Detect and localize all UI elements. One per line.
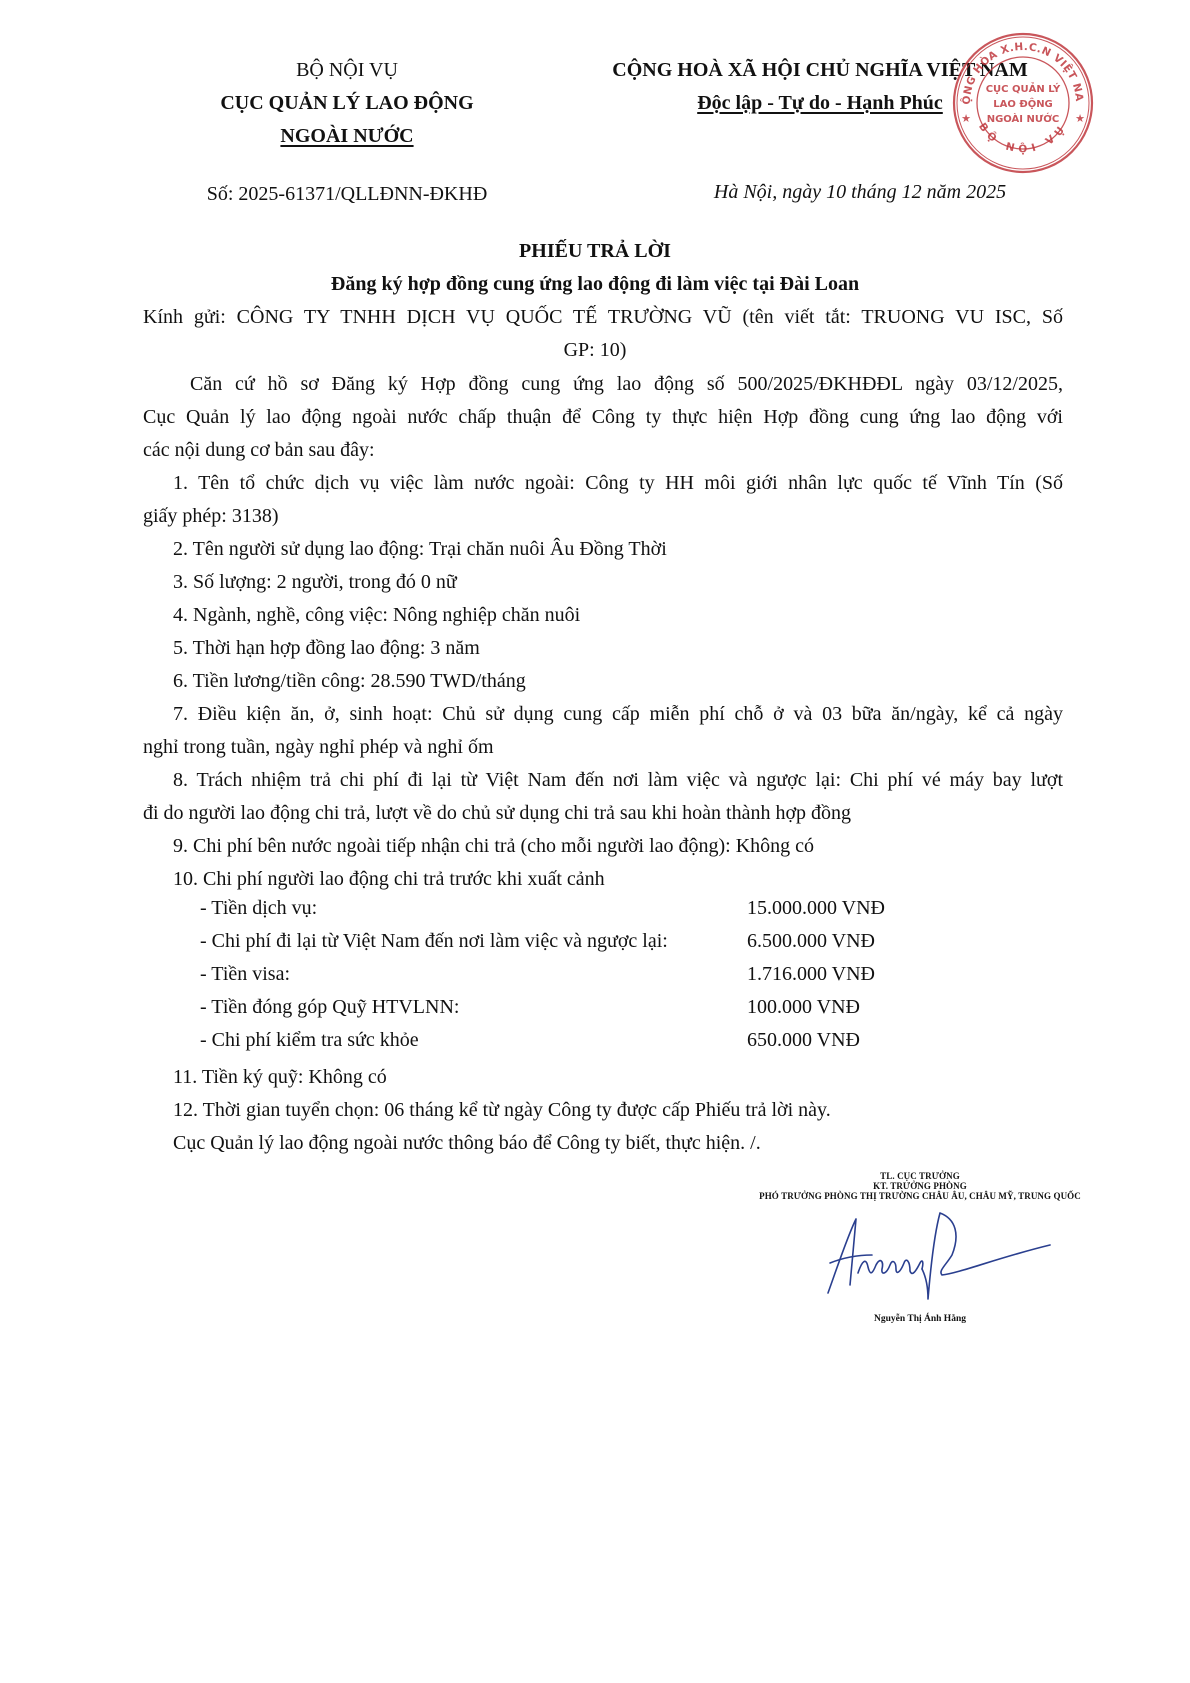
intro-line1: Căn cứ hồ sơ Đăng ký Hợp đồng cung ứng l… <box>190 372 1063 396</box>
item-8-line2: đi do người lao động chi trả, lượt về do… <box>143 801 851 825</box>
ministry-name: BỘ NỘI VỤ <box>296 58 398 82</box>
cost-value: 100.000 VNĐ <box>747 995 860 1019</box>
item-11: 11. Tiền ký quỹ: Không có <box>173 1065 387 1089</box>
item-7-line1: 7. Điều kiện ăn, ở, sinh hoạt: Chủ sử dụ… <box>173 702 1063 726</box>
cost-label: - Tiền dịch vụ: <box>200 896 317 920</box>
item-2: 2. Tên người sử dụng lao động: Trại chăn… <box>173 537 667 561</box>
national-motto: Độc lập - Tự do - Hạnh Phúc <box>697 91 943 115</box>
cost-value: 6.500.000 VNĐ <box>747 929 875 953</box>
recipient-line2: GP: 10) <box>564 338 627 362</box>
stamp-inner-line1: CỤC QUẢN LÝ <box>986 81 1061 95</box>
handwritten-signature <box>810 1205 1060 1305</box>
item-12: 12. Thời gian tuyển chọn: 06 tháng kể từ… <box>173 1098 831 1122</box>
department-name-line2: NGOÀI NƯỚC <box>280 124 413 148</box>
stamp-bottom-text: BỘ NỘI VỤ <box>976 121 1070 156</box>
document-subtitle: Đăng ký hợp đồng cung ứng lao động đi là… <box>331 273 859 296</box>
cost-label: - Tiền đóng góp Quỹ HTVLNN: <box>200 995 459 1019</box>
signer-name: Nguyễn Thị Ánh Hằng <box>874 1314 966 1324</box>
signature-authority-line2: KT. TRƯỞNG PHÒNG <box>873 1181 967 1191</box>
stamp-inner-line3: NGOÀI NƯỚC <box>987 112 1060 125</box>
item-1-line1: 1. Tên tổ chức dịch vụ việc làm nước ngo… <box>173 471 1063 495</box>
intro-line3: các nội dung cơ bản sau đây: <box>143 438 375 462</box>
stamp-inner-line2: LAO ĐỘNG <box>993 97 1053 110</box>
item-4: 4. Ngành, nghề, công việc: Nông nghiệp c… <box>173 603 580 627</box>
cost-label: - Chi phí kiểm tra sức khỏe <box>200 1028 419 1052</box>
stamp-star-icon: ★ <box>961 112 971 125</box>
intro-line2: Cục Quản lý lao động ngoài nước chấp thu… <box>143 405 1063 429</box>
document-title: PHIẾU TRẢ LỜI <box>519 240 671 263</box>
signature-authority-line1: TL. CỤC TRƯỞNG <box>880 1171 960 1181</box>
item-1-line2: giấy phép: 3138) <box>143 504 279 528</box>
svg-text:BỘ NỘI VỤ: BỘ NỘI VỤ <box>976 121 1070 156</box>
place-date: Hà Nội, ngày 10 tháng 12 năm 2025 <box>714 180 1006 204</box>
signature-authority-line3: PHÓ TRƯỞNG PHÒNG THỊ TRƯỜNG CHÂU ÂU, CHÂ… <box>759 1191 1081 1201</box>
official-seal-stamp: CỘNG HÒA X.H.C.N VIỆT NAM BỘ NỘI VỤ CỤC … <box>952 32 1094 174</box>
item-10: 10. Chi phí người lao động chi trả trước… <box>173 867 605 891</box>
item-8-line1: 8. Trách nhiệm trả chi phí đi lại từ Việ… <box>173 768 1063 792</box>
document-number: Số: 2025-61371/QLLĐNN-ĐKHĐ <box>207 182 488 206</box>
cost-label: - Tiền visa: <box>200 962 290 986</box>
stamp-star-icon: ★ <box>1075 112 1085 125</box>
recipient-line1: Kính gửi: CÔNG TY TNHH DỊCH VỤ QUỐC TẾ T… <box>143 305 1063 329</box>
item-9: 9. Chi phí bên nước ngoài tiếp nhận chi … <box>173 834 814 858</box>
cost-label: - Chi phí đi lại từ Việt Nam đến nơi làm… <box>200 929 668 953</box>
item-6: 6. Tiền lương/tiền công: 28.590 TWD/thán… <box>173 669 526 693</box>
cost-value: 1.716.000 VNĐ <box>747 962 875 986</box>
item-5: 5. Thời hạn hợp đồng lao động: 3 năm <box>173 636 480 660</box>
item-3: 3. Số lượng: 2 người, trong đó 0 nữ <box>173 570 457 594</box>
cost-value: 15.000.000 VNĐ <box>747 896 885 920</box>
cost-value: 650.000 VNĐ <box>747 1028 860 1052</box>
closing-note: Cục Quản lý lao động ngoài nước thông bá… <box>173 1131 761 1155</box>
department-name-line1: CỤC QUẢN LÝ LAO ĐỘNG <box>220 91 473 115</box>
item-7-line2: nghỉ trong tuần, ngày nghỉ phép và nghỉ … <box>143 735 494 759</box>
